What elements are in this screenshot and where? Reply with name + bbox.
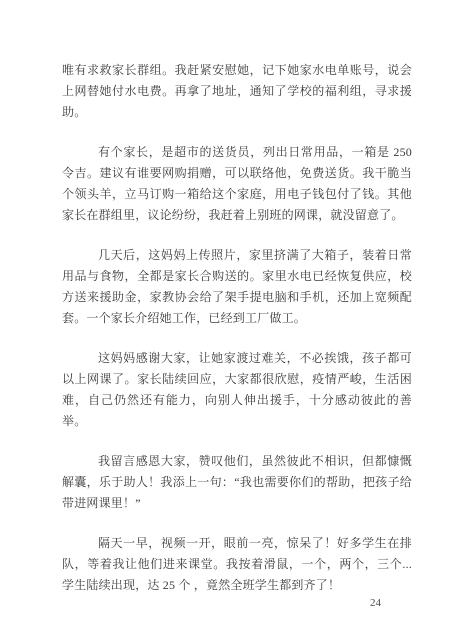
paragraph: 唯有求救家长群组。我赶紧安慰她，记下她家水电单账号，说会上网替她付水电费。再拿了… [62, 60, 412, 123]
page-number: 24 [370, 596, 381, 610]
paragraph: 这妈妈感谢大家，让她家渡过难关，不必挨饿，孩子都可以上网课了。家长陆续回应，大家… [62, 348, 412, 432]
paragraph: 几天后，这妈妈上传照片，家里挤满了大箱子，装着日常用品与食物，全都是家长合购送的… [62, 245, 412, 329]
paragraph: 我留言感恩大家，赞叹他们，虽然彼此不相识，但都慷慨解囊，乐于助人！我添上一句：“… [62, 451, 412, 514]
document-page: 唯有求救家长群组。我赶紧安慰她，记下她家水电单账号，说会上网替她付水电费。再拿了… [0, 0, 450, 640]
paragraph: 有个家长，是超市的送货员，列出日常用品，一箱是 250 令吉。建议有谁要网购捐赠… [62, 142, 412, 226]
text-content: 唯有求救家长群组。我赶紧安慰她，记下她家水电单账号，说会上网替她付水电费。再拿了… [62, 60, 412, 615]
paragraph: 隔天一早，视频一开，眼前一亮，惊呆了！好多学生在排队，等着我让他们进来课堂。我按… [62, 533, 412, 596]
